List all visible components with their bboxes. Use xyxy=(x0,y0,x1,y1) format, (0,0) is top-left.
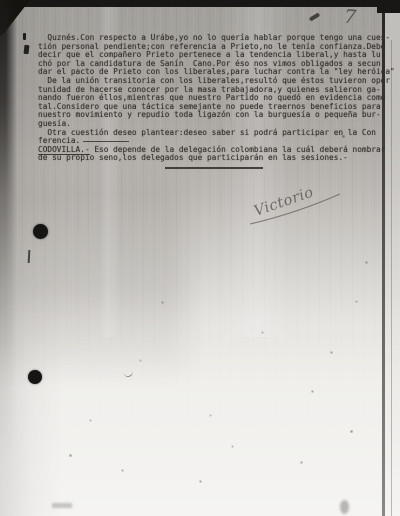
text-line: Otra cuestión deseo plantear:deseo saber… xyxy=(38,129,396,138)
signature-svg: Victorio xyxy=(236,174,368,230)
scan-corner-top-right xyxy=(377,0,400,13)
page-number: 7 xyxy=(343,6,375,31)
scan-edge-top xyxy=(0,0,400,7)
punch-hole-bottom xyxy=(28,370,42,384)
text-line-fragment: ferencia. xyxy=(38,136,80,145)
punch-hole-top xyxy=(33,224,48,239)
section-divider-rule xyxy=(165,167,263,169)
text-line: nuestro movimiento y repudio toda ligazó… xyxy=(38,111,396,120)
typewritten-text-block: Quznés.Con respecto a Urábe,yo no lo que… xyxy=(38,34,396,163)
bottom-smudge-left xyxy=(52,503,72,508)
handwritten-signature: Victorio xyxy=(236,174,368,230)
text-line: de su propio seno,los delegados que part… xyxy=(38,154,396,163)
scanned-document-page: 7 Quznés.Con respecto a Urábe,yo no lo q… xyxy=(0,0,400,516)
margin-mark-2 xyxy=(24,45,30,54)
scan-noise-specks xyxy=(0,0,1,1)
inline-rule xyxy=(83,139,129,142)
scan-edge-left-shadow xyxy=(0,0,17,516)
margin-mark-1 xyxy=(23,33,26,40)
bottom-smudge-right xyxy=(340,500,349,514)
